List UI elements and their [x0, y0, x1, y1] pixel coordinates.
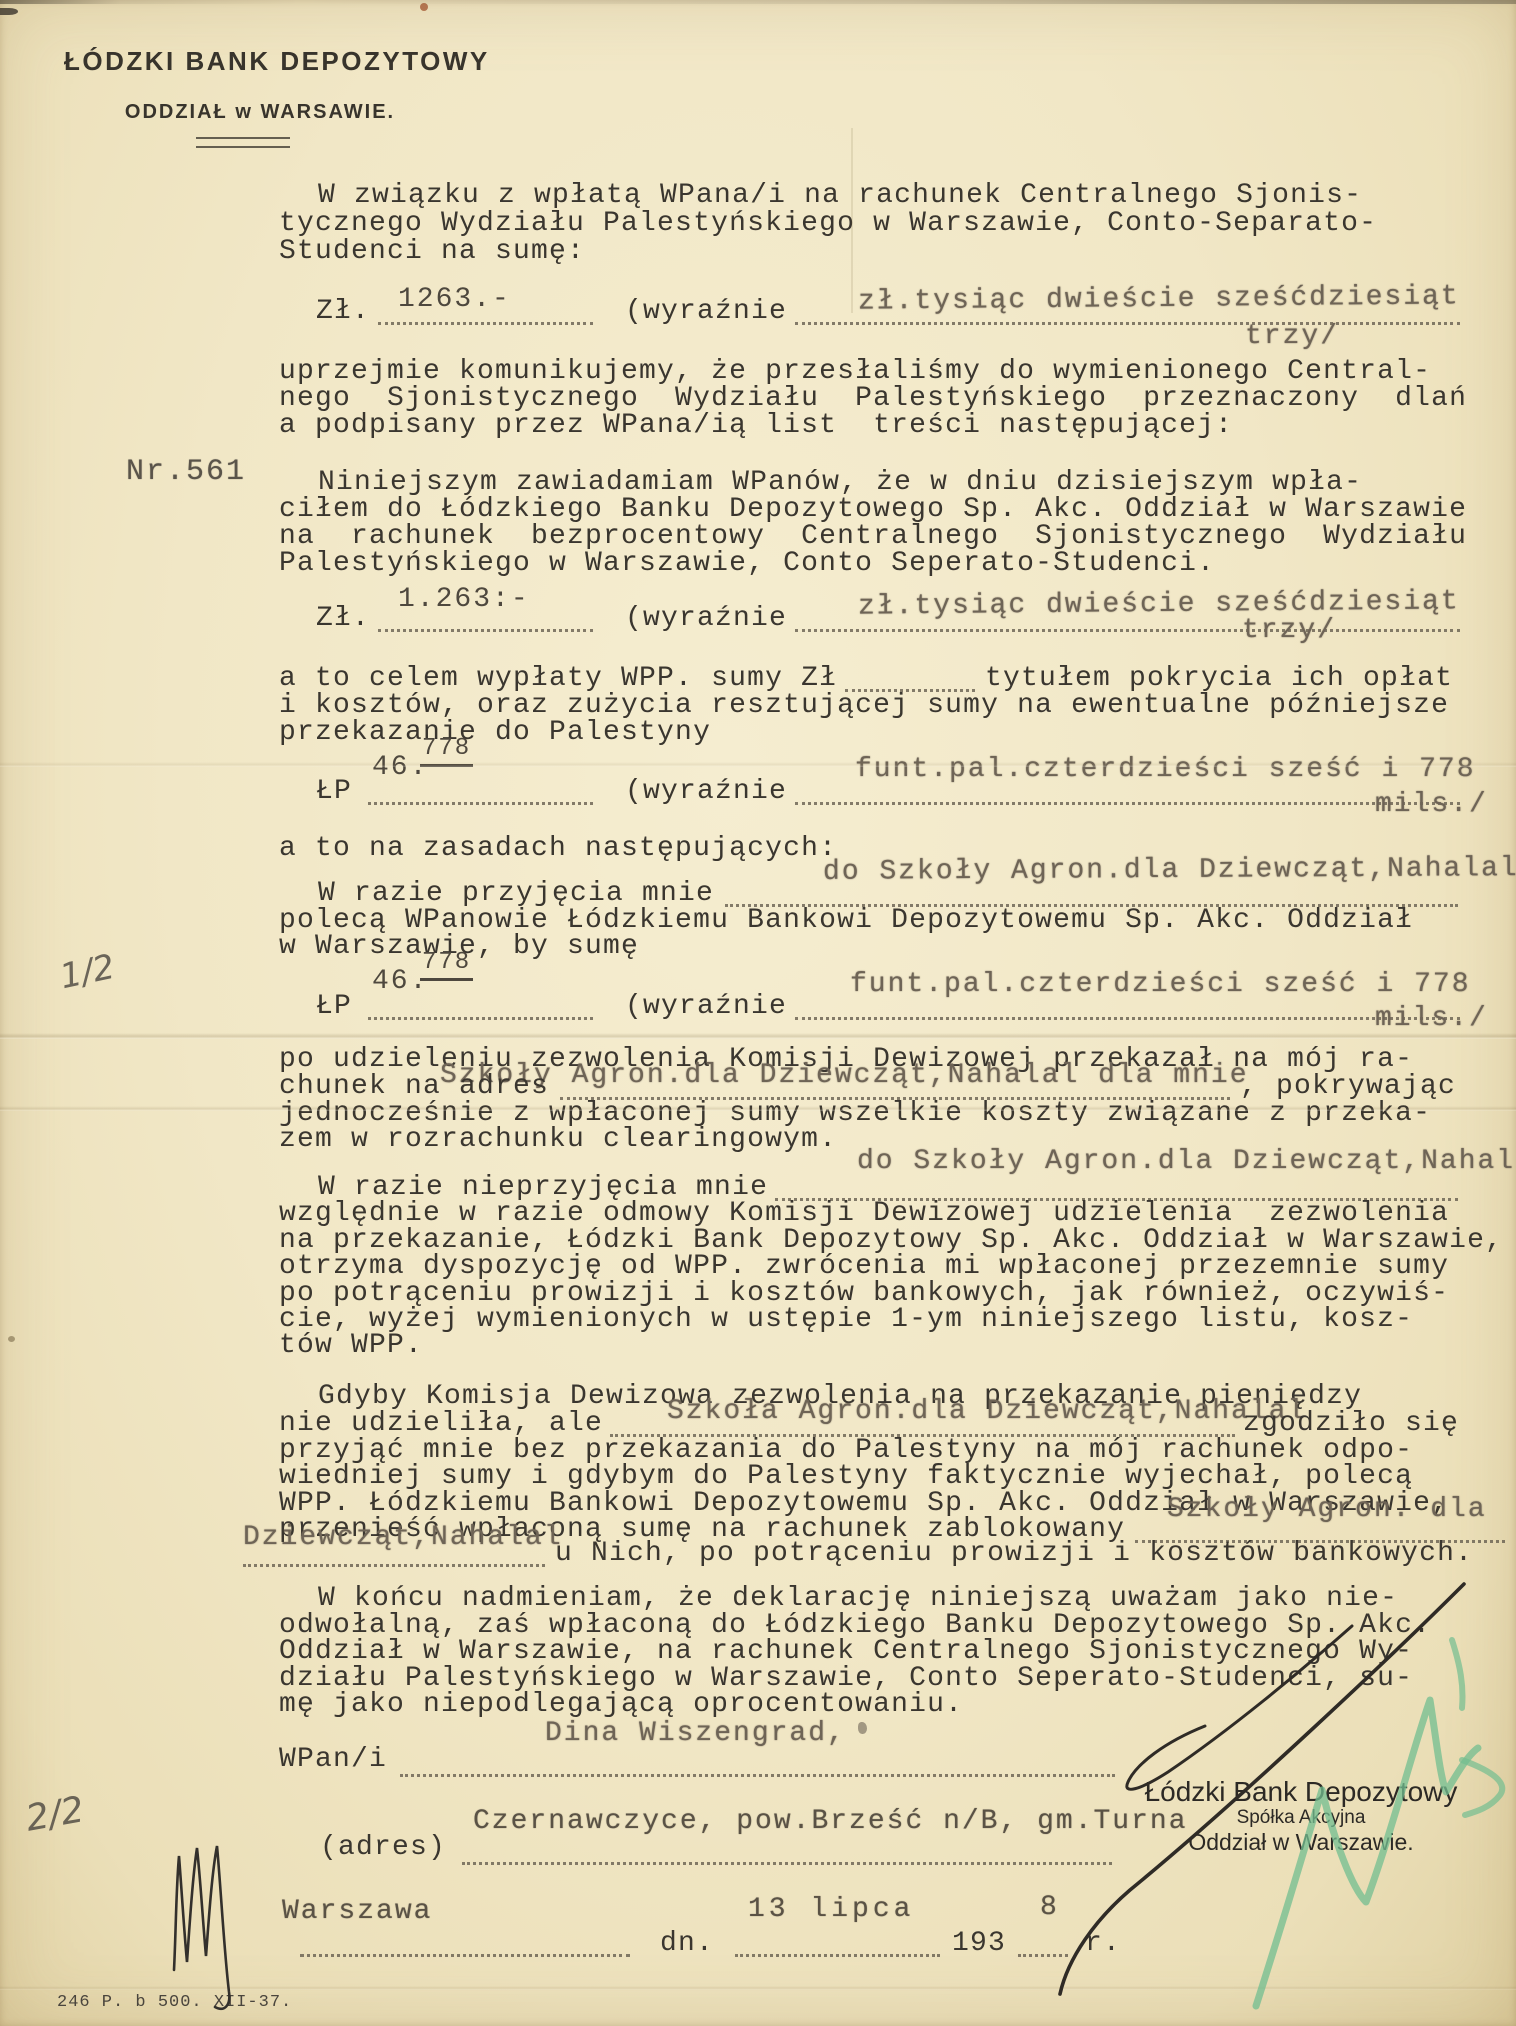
dotted-rule: [795, 802, 1460, 805]
paper-crease: [851, 128, 853, 313]
dotted-rule: [400, 1774, 1115, 1777]
fill-in-school-name: Szkoły Agron. dla: [1167, 1494, 1487, 1526]
amount-currency: ŁP: [316, 991, 352, 1023]
dotted-rule: [368, 802, 593, 805]
letterhead-double-rule: [196, 137, 290, 148]
dotted-rule: [1018, 1954, 1068, 1957]
body-line: zem w rozrachunku clearingowym.: [279, 1124, 837, 1156]
dateline-dn-label: dn.: [660, 1928, 714, 1960]
body-line: tów WPP.: [279, 1330, 423, 1362]
amount-currency: Zł.: [316, 603, 370, 635]
dotted-rule: [378, 322, 593, 325]
body-line: cie, wyżej wymienionych w ustępie 1-ym n…: [279, 1304, 1413, 1336]
body-line: Studenci na sumę:: [279, 236, 585, 268]
dotted-rule: [795, 629, 1460, 632]
amount-currency: Zł.: [316, 296, 370, 328]
fill-in-school-name: Dziewcząt,Nahalal: [243, 1522, 563, 1554]
paper-crease: [0, 1986, 1516, 1990]
address-fill-in: Czernawczyce, pow.Brześć n/B, gm.Turna: [473, 1806, 1188, 1838]
body-line: a podpisany przez WPana/ią list treści n…: [279, 410, 1233, 442]
fill-in-amount-words: zł.tysiąc dwieście sześćdziesiąt: [858, 281, 1460, 318]
dotted-rule: [368, 1017, 593, 1020]
fill-in-school-name: Szkoła Agron.dla Dziewcząt,Nahalal: [667, 1396, 1306, 1428]
body-line: przekazanie do Palestyny: [279, 717, 711, 749]
fill-in-amount-words: trzy/: [1242, 615, 1336, 647]
amount-value: 1263.-: [398, 284, 511, 316]
fill-in-amount-words: funt.pal.czterdzieści sześć i 778: [850, 969, 1471, 1001]
green-pencil-signature: [1452, 1640, 1463, 1708]
dotted-rule: [795, 1017, 1460, 1020]
body-line: a to na zasadach następujących:: [279, 833, 837, 865]
signatory-name-fill-in: Dina Wiszengrad,: [545, 1718, 846, 1750]
dateline-year-printed: 193: [952, 1928, 1006, 1960]
fill-in-amount-words: zł.tysiąc dwieście sześćdziesiąt: [858, 586, 1460, 623]
pencil-initials: [174, 1846, 229, 2009]
fill-in-amount-words: mils./: [1375, 1003, 1488, 1035]
print-code: 246 P. b 500. XII-37.: [57, 1993, 292, 2012]
amount-value: 1.263:-: [398, 584, 530, 616]
reference-number-stamp: Nr.561: [126, 455, 246, 489]
body-line: mę jako niepodlegającą oprocentowaniu.: [279, 1689, 963, 1721]
address-label: (adres): [320, 1832, 446, 1864]
paper-stain: [0, 8, 18, 15]
letterhead-branch: ODDZIAŁ w WARSAWIE.: [64, 101, 456, 124]
fill-in-amount-words: mils./: [1375, 789, 1488, 821]
paper-stain: [8, 1336, 15, 1342]
body-line: u Nich, po potrąceniu prowizji i kosztów…: [555, 1538, 1473, 1570]
dotted-rule: [243, 1564, 545, 1567]
amount-currency: ŁP: [316, 776, 352, 808]
paper-stain: [420, 3, 428, 11]
dateline-r-label: r.: [1085, 1928, 1121, 1960]
scan-edge-shadow: [0, 0, 1516, 4]
document-page: ŁÓDZKI BANK DEPOZYTOWY ODDZIAŁ w WARSAWI…: [0, 0, 1516, 2026]
fill-in-school-name: do Szkoły Agron.dla Dziewcząt,Nahalal: [823, 853, 1516, 889]
page-fraction-pencil-mark: 2/2: [23, 1789, 87, 1839]
page-fraction-pencil-mark: 1/2: [56, 947, 118, 998]
dotted-rule: [735, 1954, 940, 1957]
amount-value-mils: 778: [420, 735, 473, 767]
signatory-label: WPan/i: [279, 1744, 387, 1776]
wyraznie-label: (wyraźnie: [625, 603, 787, 635]
paper-crease: [0, 1033, 1516, 1039]
wyraznie-label: (wyraźnie: [625, 296, 787, 328]
dateline-year-digit-fill-in: 8: [1040, 1892, 1059, 1924]
dateline-city-fill-in: Warszawa: [282, 1896, 432, 1928]
letterhead-bank-name: ŁÓDZKI BANK DEPOZYTOWY: [64, 46, 490, 77]
fill-in-amount-words: funt.pal.czterdzieści sześć i 778: [855, 754, 1476, 786]
body-line: Palestyńskiego w Warszawie, Conto Sepera…: [279, 548, 1215, 580]
dateline-day-fill-in: 13 lipca: [748, 1894, 914, 1926]
dotted-rule: [795, 322, 1460, 325]
dotted-rule: [462, 1862, 1112, 1865]
bank-signature-name: Łódzki Bank Depozytowy: [1125, 1776, 1477, 1808]
wyraznie-label: (wyraźnie: [625, 991, 787, 1023]
fill-in-amount-words: trzy/: [1245, 321, 1339, 353]
fill-in-school-name: Szkoły Agron.dla Dziewcząt,Nahalal dla m…: [440, 1060, 1249, 1092]
dotted-rule: [300, 1954, 630, 1957]
ink-speck: [858, 1722, 867, 1734]
dotted-rule: [378, 629, 593, 632]
amount-value-mils: 778: [420, 949, 473, 981]
fill-in-school-name: do Szkoły Agron.dla Dziewcząt,Nahal: [857, 1146, 1515, 1178]
wyraznie-label: (wyraźnie: [625, 776, 787, 808]
